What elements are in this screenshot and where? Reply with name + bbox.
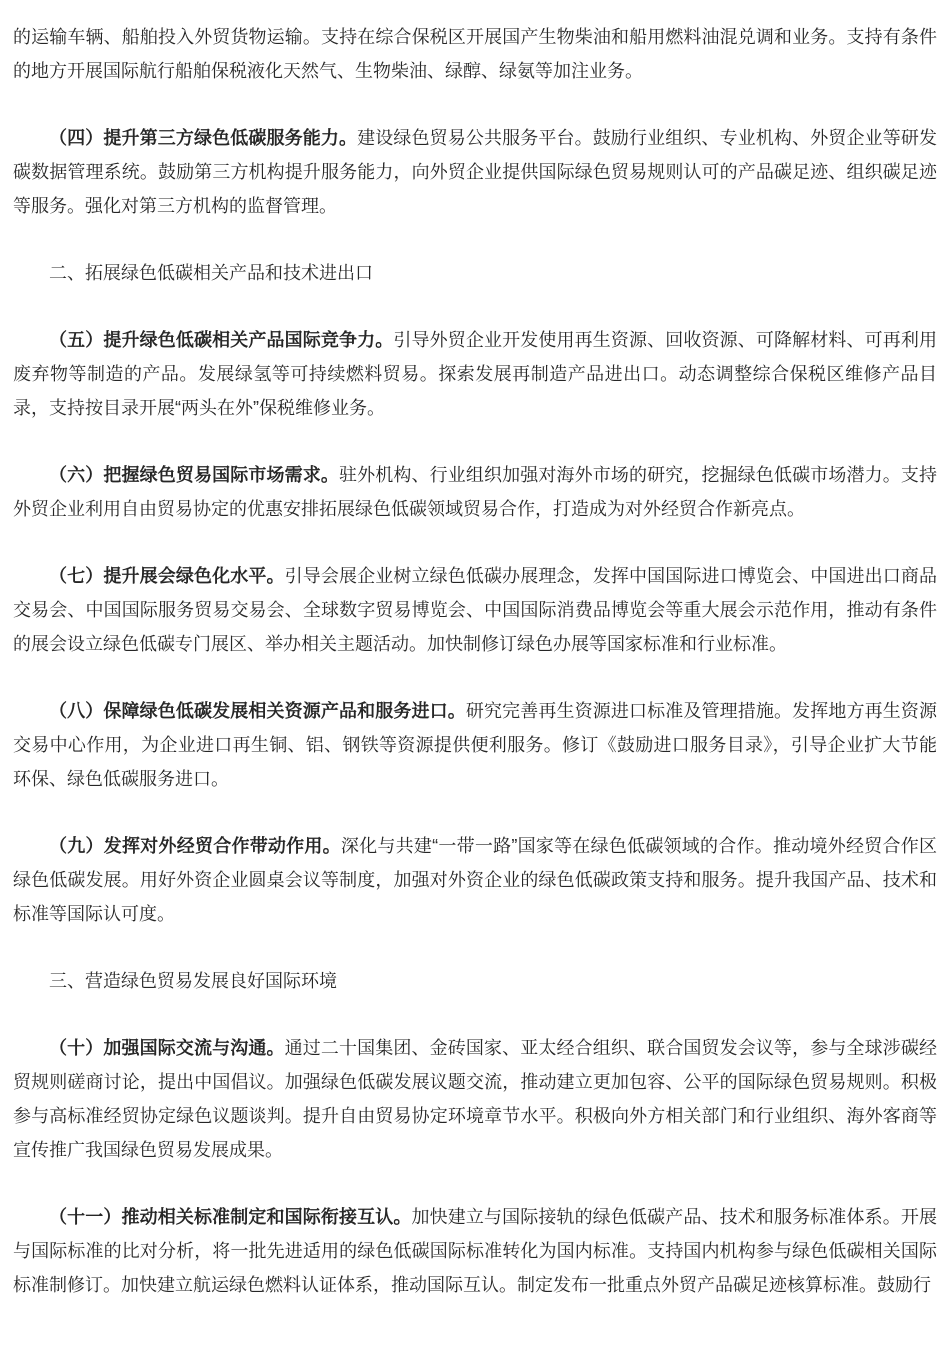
paragraph-item-11: （十一）推动相关标准制定和国际衔接互认。加快建立与国际接轨的绿色低碳产品、技术和… bbox=[13, 1200, 937, 1302]
paragraph-item-7: （七）提升展会绿色化水平。引导会展企业树立绿色低碳办展理念，发挥中国国际进口博览… bbox=[13, 559, 937, 661]
section-heading-2: 二、拓展绿色低碳相关产品和技术进出口 bbox=[13, 256, 937, 290]
paragraph-lead: （十）加强国际交流与沟通。 bbox=[49, 1038, 285, 1058]
section-heading-text: 三、营造绿色贸易发展良好国际环境 bbox=[49, 971, 337, 991]
paragraph-item-4: （四）提升第三方绿色低碳服务能力。建设绿色贸易公共服务平台。鼓励行业组织、专业机… bbox=[13, 121, 937, 223]
paragraph-lead: （六）把握绿色贸易国际市场需求。 bbox=[49, 465, 339, 485]
paragraph-item-9: （九）发挥对外经贸合作带动作用。深化与共建“一带一路”国家等在绿色低碳领域的合作… bbox=[13, 829, 937, 931]
paragraph-lead: （七）提升展会绿色化水平。 bbox=[49, 566, 285, 586]
paragraph-item-8: （八）保障绿色低碳发展相关资源产品和服务进口。研究完善再生资源进口标准及管理措施… bbox=[13, 694, 937, 796]
paragraph-item-5: （五）提升绿色低碳相关产品国际竞争力。引导外贸企业开发使用再生资源、回收资源、可… bbox=[13, 323, 937, 425]
paragraph-item-10: （十）加强国际交流与沟通。通过二十国集团、金砖国家、亚太经合组织、联合国贸发会议… bbox=[13, 1031, 937, 1167]
section-heading-3: 三、营造绿色贸易发展良好国际环境 bbox=[13, 964, 937, 998]
document-page: 的运输车辆、船舶投入外贸货物运输。支持在综合保税区开展国产生物柴油和船用燃料油混… bbox=[0, 0, 950, 1302]
paragraph-lead: （九）发挥对外经贸合作带动作用。 bbox=[49, 836, 341, 856]
paragraph-continuation: 的运输车辆、船舶投入外贸货物运输。支持在综合保税区开展国产生物柴油和船用燃料油混… bbox=[13, 20, 937, 88]
paragraph-lead: （八）保障绿色低碳发展相关资源产品和服务进口。 bbox=[49, 701, 466, 721]
paragraph-item-6: （六）把握绿色贸易国际市场需求。驻外机构、行业组织加强对海外市场的研究，挖掘绿色… bbox=[13, 458, 937, 526]
paragraph-text: 的运输车辆、船舶投入外贸货物运输。支持在综合保税区开展国产生物柴油和船用燃料油混… bbox=[13, 27, 937, 81]
paragraph-lead: （四）提升第三方绿色低碳服务能力。 bbox=[49, 128, 357, 148]
section-heading-text: 二、拓展绿色低碳相关产品和技术进出口 bbox=[49, 263, 373, 283]
paragraph-lead: （五）提升绿色低碳相关产品国际竞争力。 bbox=[49, 330, 393, 350]
paragraph-lead: （十一）推动相关标准制定和国际衔接互认。 bbox=[49, 1207, 412, 1227]
